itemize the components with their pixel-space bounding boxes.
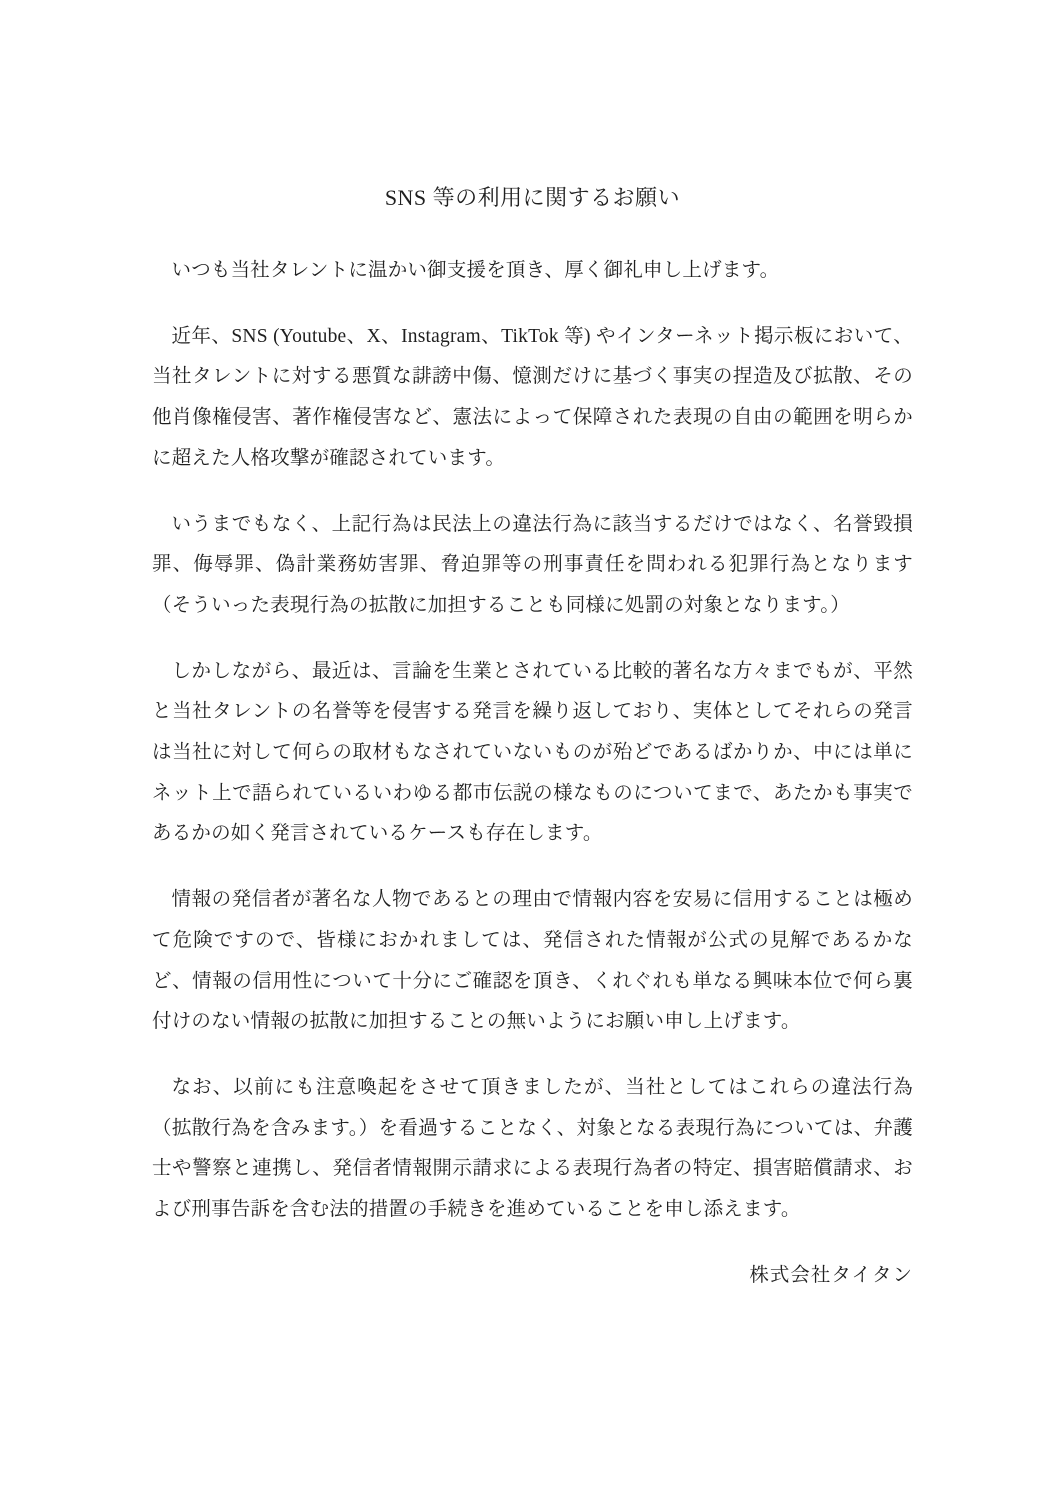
paragraph-greeting: いつも当社タレントに温かい御支援を頂き、厚く御礼申し上げます。: [152, 251, 913, 292]
document-title: SNS 等の利用に関するお願い: [152, 184, 913, 212]
paragraph-legal-measures: なお、以前にも注意喚起をさせて頂きましたが、当社としてはこれらの違法行為（拡散行…: [152, 1068, 913, 1231]
paragraph-famous-commentators: しかしながら、最近は、言論を生業とされている比較的著名な方々までもが、平然と当社…: [152, 652, 913, 856]
document-page: SNS 等の利用に関するお願い いつも当社タレントに温かい御支援を頂き、厚く御礼…: [0, 0, 1061, 1500]
paragraph-criminal-liability: いうまでもなく、上記行為は民法上の違法行為に該当するだけではなく、名誉毀損罪、侮…: [152, 505, 913, 627]
paragraph-sns-defamation: 近年、SNS (Youtube、X、Instagram、TikTok 等) やイ…: [152, 317, 913, 480]
company-signature: 株式会社タイタン: [152, 1256, 913, 1297]
paragraph-verification-request: 情報の発信者が著名な人物であるとの理由で情報内容を安易に信用することは極めて危険…: [152, 880, 913, 1043]
